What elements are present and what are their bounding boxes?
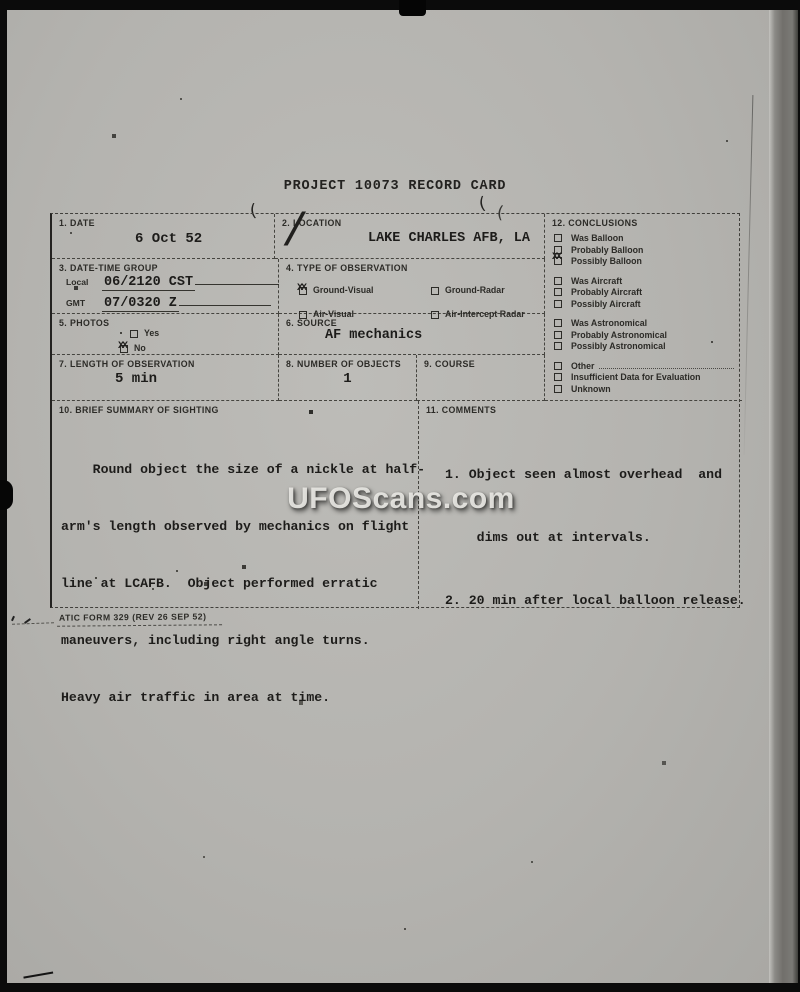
number-of-objects-value: 1 [279,371,416,387]
conclusion-label: Probably Balloon [571,245,643,256]
checkbox-icon [554,277,571,285]
checkbox-icon [554,319,571,327]
dotted-line [599,361,734,369]
field-course: 9. COURSE [417,355,545,401]
conclusion-item: Was Balloon [545,233,742,244]
conclusions-label: 12. CONCLUSIONS [545,214,742,228]
conclusion-item: Possibly Aircraft [545,299,742,310]
local-time-value: 06/2120 CST [102,275,195,291]
conclusion-label: Unknown [571,384,611,395]
underline [195,272,279,285]
date-value: 6 Oct 52 [135,231,202,247]
field-type-of-observation: 4. TYPE OF OBSERVATION XXGround-Visual G… [279,259,545,314]
conclusion-item: Probably Balloon [545,245,742,256]
photos-label: 5. PHOTOS [52,314,278,328]
conclusion-label: Possibly Aircraft [571,299,641,310]
length-of-observation-value: 5 min [115,371,157,387]
xx-mark: XX [297,283,305,294]
checkbox-icon [554,385,571,393]
checkbox-icon [554,373,571,381]
conclusion-item: Probably Aircraft [545,287,742,298]
field-source: 6. SOURCE AF mechanics [279,314,545,355]
checkbox-icon [554,362,571,370]
conclusion-label: Possibly Balloon [571,256,642,267]
conclusion-item: Was Aircraft [545,276,742,287]
type-of-observation-label: 4. TYPE OF OBSERVATION [279,259,544,273]
field-date-time-group: 3. DATE-TIME GROUP Local06/2120 CST GMT0… [52,259,279,314]
summary-line: Heavy air traffic in area at time. [61,688,425,707]
option-label: Ground-Visual [313,285,373,295]
conclusion-label: Insufficient Data for Evaluation [571,372,701,383]
location-label: 2. LOCATION [275,214,544,228]
field-date: 1. DATE 6 Oct 52 [52,214,275,259]
checkbox-icon [554,300,571,308]
checkbox-icon [431,287,445,295]
option-ground-radar: Ground-Radar [431,285,505,295]
scan-specks [0,0,2,2]
conclusion-item: Was Astronomical [545,318,742,329]
field-length-of-observation: 7. LENGTH OF OBSERVATION 5 min [52,355,279,401]
checkbox-icon [554,234,571,242]
conclusion-label: Probably Aircraft [571,287,642,298]
conclusion-item: Other [545,361,742,372]
option-ground-visual: XXGround-Visual [299,285,373,295]
form-number: ATIC FORM 329 (REV 26 SEP 52) [57,611,223,626]
scan-notch [399,0,426,16]
field-conclusions: 12. CONCLUSIONS Was Balloon Probably Bal… [545,214,742,401]
local-time-row: Local06/2120 CST [66,272,279,290]
handwritten-slash-mark: / [281,210,309,256]
comment-line: dims out at intervals. [445,527,746,548]
date-time-group-label: 3. DATE-TIME GROUP [52,259,278,273]
checkbox-icon [554,331,571,339]
option-photos-no: XXNo [120,343,146,353]
summary-line: arm's length observed by mechanics on fl… [61,517,425,536]
conclusions-list: Was Balloon Probably Balloon XXPossibly … [545,233,742,394]
gmt-time-row: GMT07/0320 Z [66,293,271,311]
length-of-observation-label: 7. LENGTH OF OBSERVATION [52,355,278,369]
gmt-label: GMT [66,298,102,308]
conclusion-label: Was Balloon [571,233,623,244]
option-label: Ground-Radar [445,285,505,295]
checkbox-icon: XX [120,345,134,353]
source-value: AF mechanics [325,328,422,343]
summary-line: Round object the size of a nickle at hal… [61,460,425,479]
checkbox-icon: XX [299,287,313,295]
date-label: 1. DATE [52,214,274,228]
course-label: 9. COURSE [417,355,544,369]
option-label: Yes [144,328,159,338]
brief-summary-text: Round object the size of a nickle at hal… [61,422,425,745]
location-value: LAKE CHARLES AFB, LA [368,231,530,246]
checkbox-icon: XX [554,257,571,265]
conclusion-item: Insufficient Data for Evaluation [545,372,742,383]
local-label: Local [66,277,102,287]
checkbox-icon [130,330,144,338]
conclusion-label: Possibly Astronomical [571,341,666,352]
conclusion-label: Was Astronomical [571,318,647,329]
checkbox-icon [554,288,571,296]
conclusion-label: Other [571,361,594,372]
underline [179,293,271,306]
conclusion-label: Probably Astronomical [571,330,667,341]
xx-mark: XX [118,341,126,352]
conclusion-label: Was Aircraft [571,276,622,287]
comments-text: 1. Object seen almost overhead and dims … [445,422,746,653]
number-of-objects-label: 8. NUMBER OF OBJECTS [279,355,416,369]
gmt-time-value: 07/0320 Z [102,296,179,312]
conclusion-item: Probably Astronomical [545,330,742,341]
card-title: PROJECT 10073 RECORD CARD [50,179,740,194]
conclusion-item: Unknown [545,384,742,395]
comments-label: 11. COMMENTS [419,401,742,415]
brief-summary-label: 10. BRIEF SUMMARY OF SIGHTING [52,401,418,415]
field-number-of-objects: 8. NUMBER OF OBJECTS 1 [279,355,417,401]
summary-line: maneuvers, including right angle turns. [61,631,425,650]
xx-mark: XX [552,253,560,264]
conclusion-item: Possibly Astronomical [545,341,742,352]
field-photos: 5. PHOTOS Yes XXNo [52,314,279,355]
watermark: UFOScans.com [276,482,526,516]
source-label: 6. SOURCE [279,314,544,328]
record-card: 1. DATE 6 Oct 52 2. LOCATION / LAKE CHAR… [50,213,740,608]
field-location: 2. LOCATION / LAKE CHARLES AFB, LA [275,214,545,259]
conclusion-item: XXPossibly Balloon [545,256,742,267]
page-edge-shadow [769,10,798,983]
comment-line: 2. 20 min after local balloon release. [445,590,746,611]
option-label: No [134,343,146,353]
option-photos-yes: Yes [130,328,159,338]
summary-line: line at LCAFB. Object performed erratic [61,574,425,593]
scan-edge-blob [0,480,13,510]
checkbox-icon [554,342,571,350]
